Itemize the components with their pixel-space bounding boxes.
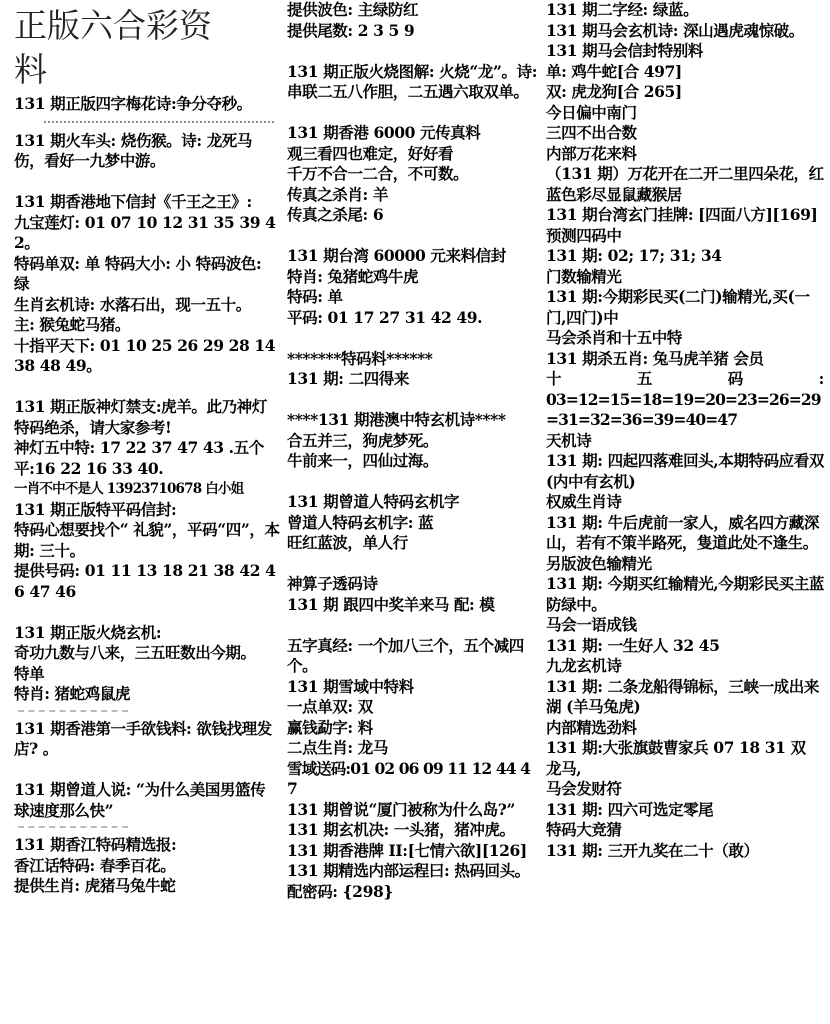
middle-column: 提供波色: 主绿防红 提供尾数: 2 3 5 9 131 期正版火烧图解: 火烧… <box>287 0 539 902</box>
kill-zodiac-heading: 马会杀肖和十五中特 <box>546 328 824 349</box>
taiwan-special-code: 特码: 单 <box>287 287 539 308</box>
kill-five-zodiacs: 131 期杀五肖: 兔马虎羊猪 会员 <box>546 349 824 370</box>
fire-riddle-heading: 131 期正版火烧玄机: <box>14 623 280 644</box>
hk-macau-poem-line2: 牛前来一，四仙过海。 <box>287 451 539 472</box>
provided-numbers: 提供号码: 01 11 13 18 21 38 42 46 47 46 <box>14 561 280 602</box>
fire-diagram: 131 期正版火烧图解: 火烧“龙”。诗: 串联二五八作胆，二五遇六取双单。 <box>287 62 539 103</box>
xiangjiang-heading: 131 期香江特码精选报: <box>14 835 280 856</box>
shensuanzi-heading: 神算子透码诗 <box>287 574 539 595</box>
hk-fax-line1: 观三看四也难定，好好看 <box>287 144 539 165</box>
one-phrase-text: 131 期: 一生好人 32 45 <box>546 636 824 657</box>
zeng-says-xiamen: 131 期曾说“厦门被称为什么岛?” <box>287 800 539 821</box>
shensuanzi-text: 131 期 跟四中奖羊来马 配: 模 <box>287 595 539 616</box>
fifteen-codes-numbers: 03=12=15=18=19=20=23=26=29=31=32=36=39=4… <box>546 390 824 431</box>
dotted-divider <box>44 121 274 125</box>
fortune-talisman-heading: 马会发财符 <box>546 779 824 800</box>
alt-wave-text: 131 期: 今期买红输精光,今期彩民买主蓝防绿中。 <box>546 574 824 615</box>
fortune-talisman-text: 131 期: 四六可选定零尾 <box>546 800 824 821</box>
lamp-five-numbers: 神灯五中特: 17 22 37 47 43 .五个平:16 22 16 33 4… <box>14 438 280 479</box>
fire-riddle-text: 奇功九数与八来，三五旺数出今期。 <box>14 643 280 664</box>
gate-loss-text: 131 期:今期彩民买(二门)输精光,买(一门,四门)中 <box>546 287 824 328</box>
zeng-riddle-char: 曾道人特码玄机字: 蓝 <box>287 513 539 534</box>
hk-first-hand: 131 期香港第一手欲钱料: 欲钱找理发店? 。 <box>14 719 280 760</box>
special-guess-text: 131 期: 三开九奖在二十（敢） <box>546 841 824 862</box>
zodiac-riddle-poem: 生肖玄机诗: 水落石出，现一五十。 <box>14 295 280 316</box>
authority-zodiac-text: 131 期: 牛后虎前一家人，威名四方藏深山，若有不策半路死，隻道此处不逢生。 <box>546 513 824 554</box>
flower-text: （131 期）万花开在二开二里四朵花，红蓝色彩尽显鼠藏猴居 <box>546 164 824 205</box>
zeng-daoren-says: 131 期曾道人说: “为什么美国男篮传球速度那么快” <box>14 780 280 821</box>
right-column: 131 期二字经: 绿蓝。 131 期马会玄机诗: 深山遇虎魂惊破。 131 期… <box>546 0 824 861</box>
nine-dragon-heading: 九龙玄机诗 <box>546 656 824 677</box>
authority-zodiac-heading: 权威生肖诗 <box>546 492 824 513</box>
dashed-divider-2 <box>18 826 128 830</box>
special-flat-envelope-text: 特码心想要找个“ 礼貌”，平码“四”，本期: 三十。 <box>14 520 280 561</box>
hk-macau-poem-line1: 合五并三，狗虎梦死。 <box>287 431 539 452</box>
heaven-poem-heading: 天机诗 <box>546 431 824 452</box>
internal-fortune: 131 期精选内部运程曰: 热码回头。配密码: {298} <box>287 861 539 902</box>
jockey-envelope-heading: 131 期马会信封特别料 <box>546 41 824 62</box>
contact-line: 一肖不中不是人 13923710678 白小姐 <box>14 479 280 500</box>
taiwan-flat-numbers: 平码: 01 17 27 31 42 49. <box>287 308 539 329</box>
special-odd: 特单 <box>14 664 280 685</box>
hk-card-ii: 131 期香港牌 II:[七情六欲][126] <box>287 841 539 862</box>
provided-tail-numbers: 提供尾数: 2 3 5 9 <box>287 21 539 42</box>
jockey-even: 双: 虎龙狗[合 265] <box>546 82 824 103</box>
fifteen-codes-label: 十 五 码 : <box>546 369 824 390</box>
left-column: 正版六合彩资料 131 期正版四字梅花诗:争分夺秒。 131 期火车头: 烧伤猴… <box>14 0 280 897</box>
taiwan-special-zodiacs: 特肖: 兔猪蛇鸡牛虎 <box>287 267 539 288</box>
special-flat-envelope-heading: 131 期正版特平码信封: <box>14 500 280 521</box>
snow-odd-even: 一点单双: 双 <box>287 697 539 718</box>
special-odd-even-size-color: 特码单双: 单 特码大小: 小 特码波色: 绿 <box>14 254 280 295</box>
special-code-banner: *******特码料****** <box>287 349 539 370</box>
lamp-forbidden: 131 期正版神灯禁支:虎羊。此乃神灯特码绝杀，请大家参考! <box>14 397 280 438</box>
provided-wave-color: 提供波色: 主绿防红 <box>287 0 539 21</box>
flower-heading: 内部万花来料 <box>546 144 824 165</box>
snow-zodiac: 二点生肖: 龙马 <box>287 738 539 759</box>
snow-win-char: 赢钱勐字: 料 <box>287 718 539 739</box>
fax-kill-zodiac: 传真之杀肖: 羊 <box>287 185 539 206</box>
alt-wave-heading: 另版波色输精光 <box>546 554 824 575</box>
heaven-poem-text: 131 期: 四起四落难回头,本期特码应看双(内中有玄机) <box>546 451 824 492</box>
snow-numbers: 雪域送码:01 02 06 09 11 12 44 47 <box>287 759 539 800</box>
predict-four-numbers: 131 期: 02; 17; 31; 34 <box>546 246 824 267</box>
two-char-sutra: 131 期二字经: 绿蓝。 <box>546 0 824 21</box>
taiwan-gate-plate: 131 期台湾玄门挂牌: [四面八方][169] <box>546 205 824 226</box>
nine-dragon-text: 131 期: 二条龙船得锦标，三峡一成出来湖 (羊马兔虎) <box>546 677 824 718</box>
ten-fingers-numbers: 十指平天下: 01 10 25 26 29 28 14 38 48 49。 <box>14 336 280 377</box>
taiwan-envelope-heading: 131 期台湾 60000 元来料信封 <box>287 246 539 267</box>
snow-domain-heading: 131 期雪域中特料 <box>287 677 539 698</box>
hk-fax-heading: 131 期香港 6000 元传真料 <box>287 123 539 144</box>
page-title: 正版六合彩资料 <box>14 4 244 92</box>
jockey-riddle-poem: 131 期马会玄机诗: 深山遇虎魂惊破。 <box>546 21 824 42</box>
dashed-divider <box>18 710 128 714</box>
three-four-rule: 三四不出合数 <box>546 123 824 144</box>
hk-envelope-heading: 131 期香港地下信封《千王之王》: <box>14 192 280 213</box>
xiangjiang-special: 香江话特码: 春季百花。 <box>14 856 280 877</box>
train-head: 131 期火车头: 烧伤猴。诗: 龙死马伤，看好一九梦中游。 <box>14 131 280 172</box>
hk-macau-poem-heading: ****131 期港澳中特玄机诗**** <box>287 410 539 431</box>
zeng-riddle-heading: 131 期曾道人特码玄机字 <box>287 492 539 513</box>
special-code-text: 131 期: 二四得来 <box>287 369 539 390</box>
today-south-gate: 今日偏中南门 <box>546 103 824 124</box>
one-phrase-heading: 马会一语成钱 <box>546 615 824 636</box>
fax-kill-tail: 传真之杀尾: 6 <box>287 205 539 226</box>
predict-four-heading: 预测四码中 <box>546 226 824 247</box>
five-char-sutra: 五字真经: 一个加八三个，五个减四个。 <box>287 636 539 677</box>
internal-pick-text: 131 期:大张旗鼓曹家兵 07 18 31 双 龙马, <box>546 738 824 779</box>
main-zodiacs: 主: 猴兔蛇马猪。 <box>14 315 280 336</box>
special-zodiacs: 特肖: 猪蛇鸡鼠虎 <box>14 684 280 705</box>
meihua-poem: 131 期正版四字梅花诗:争分夺秒。 <box>14 94 280 115</box>
jockey-odd: 单: 鸡牛蛇[合 497] <box>546 62 824 83</box>
gate-loss-heading: 门数输精光 <box>546 267 824 288</box>
zeng-riddle-text: 旺红蓝波，单人行 <box>287 533 539 554</box>
internal-pick-heading: 内部精选劲料 <box>546 718 824 739</box>
special-guess-heading: 特码大竞猜 <box>546 820 824 841</box>
provided-zodiacs: 提供生肖: 虎猪马兔牛蛇 <box>14 876 280 897</box>
riddle-pig: 131 期玄机决: 一头猪，猪冲虎。 <box>287 820 539 841</box>
nine-lotus-numbers: 九宝莲灯: 01 07 10 12 31 35 39 42。 <box>14 213 280 254</box>
hk-fax-line2: 千万不合一二合，不可数。 <box>287 164 539 185</box>
